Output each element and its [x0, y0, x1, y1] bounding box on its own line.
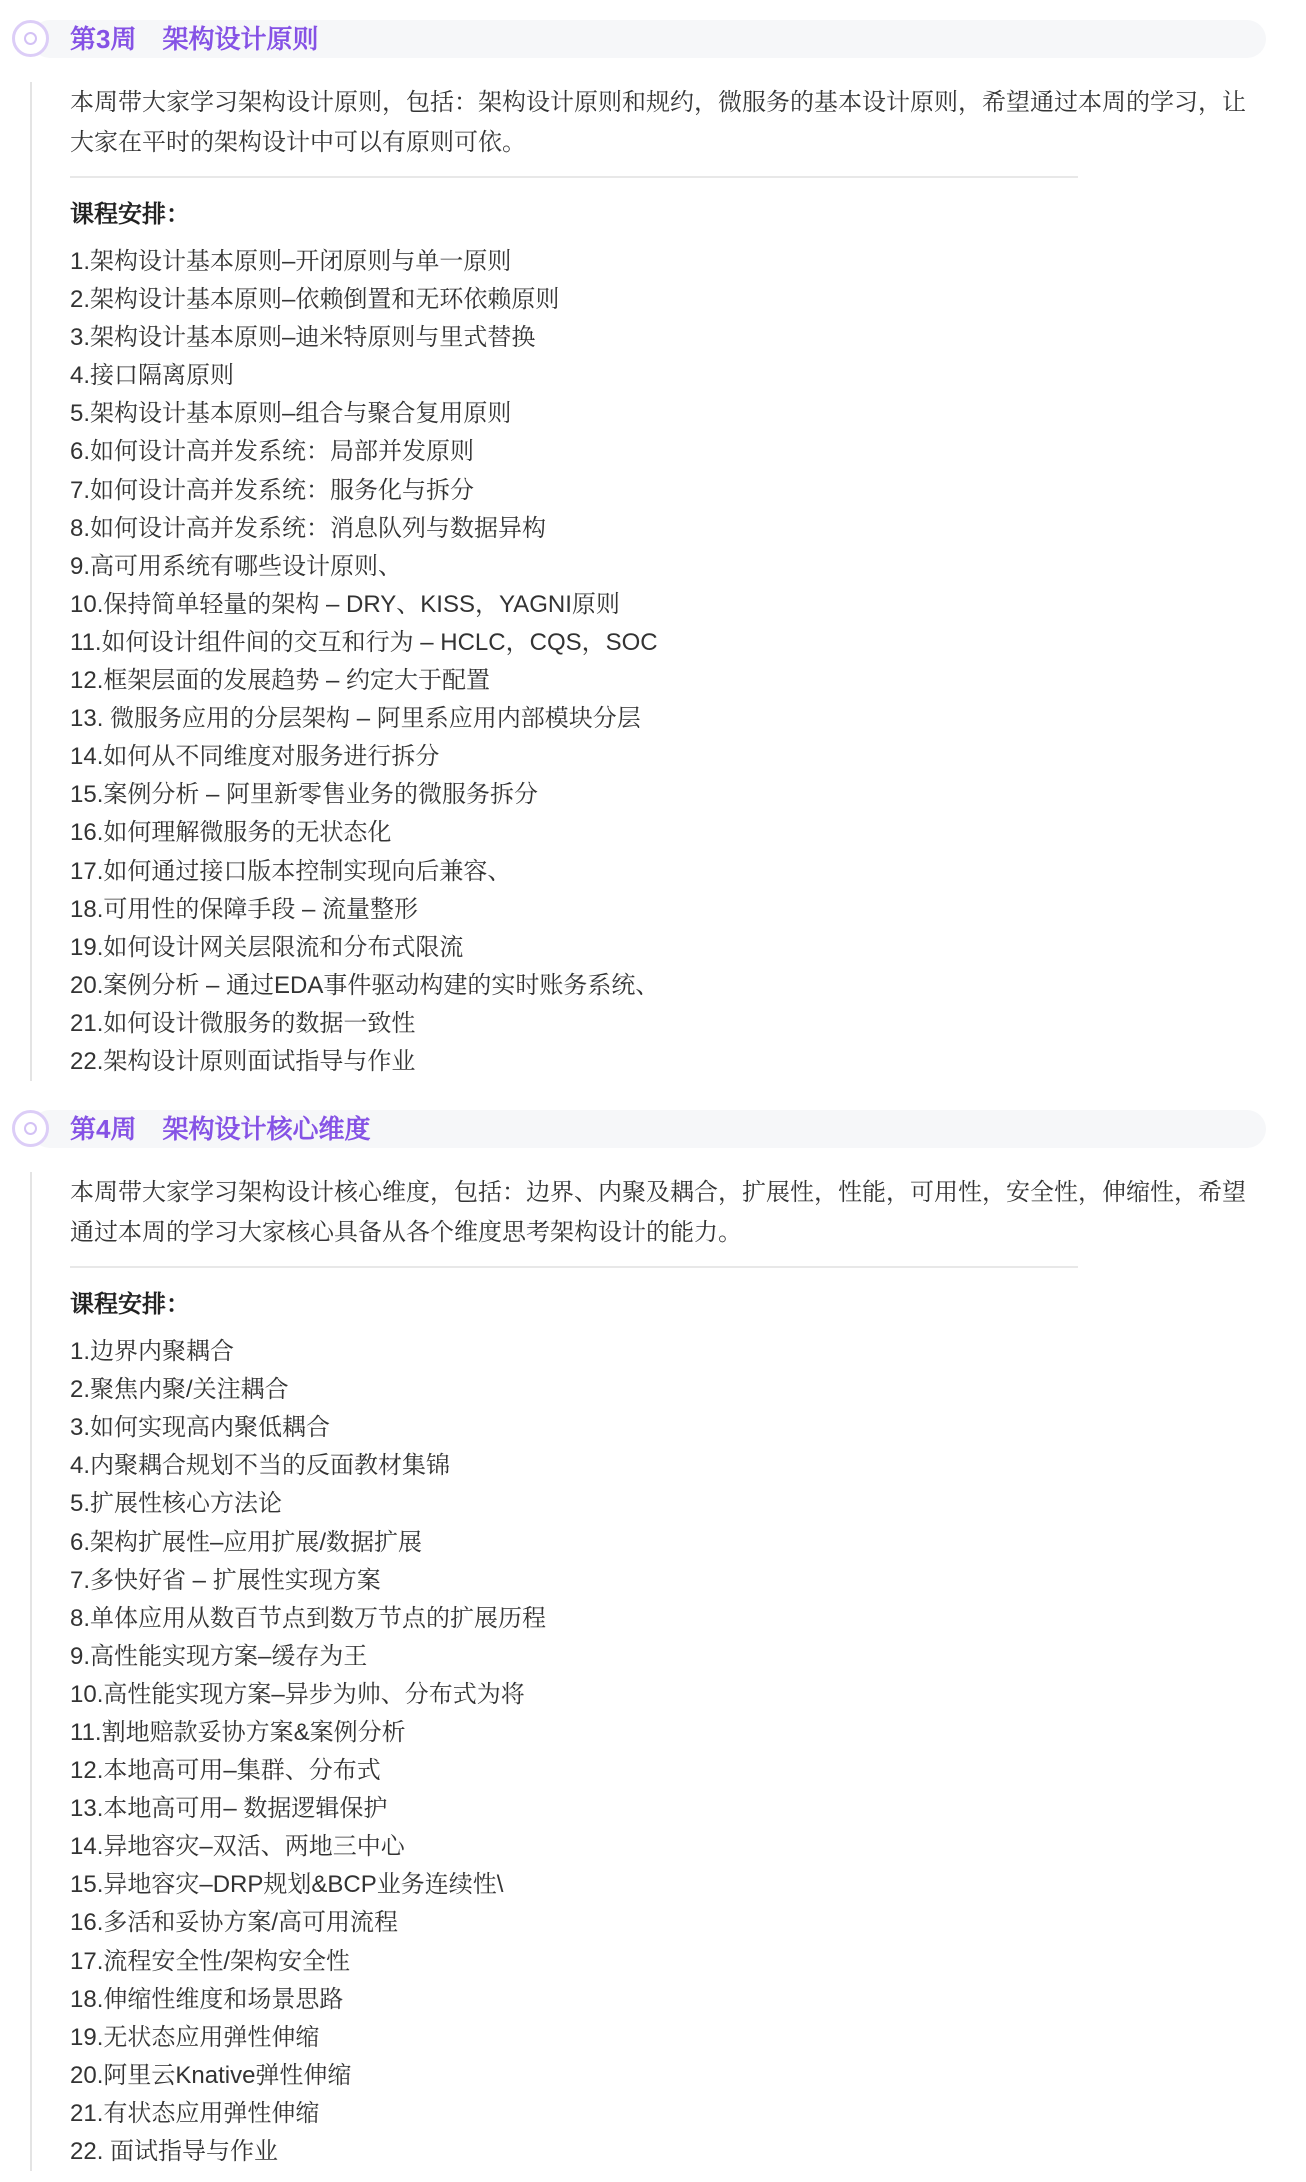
lesson-item: 17.如何通过接口版本控制实现向后兼容、 [70, 853, 1306, 891]
lesson-item: 10.保持简单轻量的架构 – DRY、KISS，YAGNI原则 [70, 586, 1306, 624]
lesson-item: 12.框架层面的发展趋势 – 约定大于配置 [70, 662, 1306, 700]
target-circle-icon [12, 1110, 49, 1147]
week-content: 本周带大家学习架构设计原则，包括：架构设计原则和规约，微服务的基本设计原则，希望… [30, 82, 1306, 1081]
week-section: 第3周架构设计原则 本周带大家学习架构设计原则，包括：架构设计原则和规约，微服务… [0, 20, 1306, 1081]
lesson-item: 15.案例分析 – 阿里新零售业务的微服务拆分 [70, 776, 1306, 814]
description-line: 本周带大家学习架构设计原则，包括：架构设计原则和规约，微服务的基本设计原则，希望… [70, 83, 1306, 123]
lesson-item: 6.架构扩展性–应用扩展/数据扩展 [70, 1524, 1306, 1562]
lesson-item: 9.高可用系统有哪些设计原则、 [70, 548, 1306, 586]
week-section: 第4周架构设计核心维度 本周带大家学习架构设计核心维度，包括：边界、内聚及耦合，… [0, 1110, 1306, 2171]
schedule-heading: 课程安排： [70, 1285, 1306, 1325]
lesson-item: 10.高性能实现方案–异步为帅、分布式为将 [70, 1676, 1306, 1714]
lesson-item: 11.如何设计组件间的交互和行为 – HCLC，CQS，SOC [70, 624, 1306, 662]
lesson-item: 18.伸缩性维度和场景思路 [70, 1981, 1306, 2019]
week-description: 本周带大家学习架构设计核心维度，包括：边界、内聚及耦合，扩展性，性能，可用性，安… [70, 1173, 1306, 1253]
lesson-item: 3.架构设计基本原则–迪米特原则与里式替换 [70, 319, 1306, 357]
lesson-item: 6.如何设计高并发系统：局部并发原则 [70, 433, 1306, 471]
lesson-item: 8.单体应用从数百节点到数万节点的扩展历程 [70, 1600, 1306, 1638]
week-topic: 架构设计核心维度 [162, 1114, 370, 1144]
lesson-item: 13. 微服务应用的分层架构 – 阿里系应用内部模块分层 [70, 700, 1306, 738]
week-label: 第4周 [70, 1114, 136, 1144]
description-line: 通过本周的学习大家核心具备从各个维度思考架构设计的能力。 [70, 1213, 1306, 1253]
lesson-item: 19.如何设计网关层限流和分布式限流 [70, 929, 1306, 967]
lesson-item: 22.架构设计原则面试指导与作业 [70, 1043, 1306, 1081]
week-header: 第4周架构设计核心维度 [0, 1110, 1306, 1148]
divider [70, 176, 1078, 178]
lesson-item: 22. 面试指导与作业 [70, 2133, 1306, 2171]
week-header: 第3周架构设计原则 [0, 20, 1306, 58]
lesson-item: 19.无状态应用弹性伸缩 [70, 2019, 1306, 2057]
lesson-item: 5.架构设计基本原则–组合与聚合复用原则 [70, 395, 1306, 433]
lesson-item: 14.异地容灾–双活、两地三中心 [70, 1828, 1306, 1866]
lesson-item: 7.多快好省 – 扩展性实现方案 [70, 1562, 1306, 1600]
lesson-item: 16.如何理解微服务的无状态化 [70, 814, 1306, 852]
lesson-list: 1.边界内聚耦合 2.聚焦内聚/关注耦合 3.如何实现高内聚低耦合 4.内聚耦合… [70, 1333, 1306, 2171]
lesson-item: 2.聚焦内聚/关注耦合 [70, 1371, 1306, 1409]
schedule-heading: 课程安排： [70, 195, 1306, 235]
description-line: 大家在平时的架构设计中可以有原则可依。 [70, 123, 1306, 163]
lesson-item: 21.有状态应用弹性伸缩 [70, 2095, 1306, 2133]
target-circle-icon [12, 20, 49, 57]
lesson-list: 1.架构设计基本原则–开闭原则与单一原则 2.架构设计基本原则–依赖倒置和无环依… [70, 243, 1306, 1081]
lesson-item: 12.本地高可用–集群、分布式 [70, 1752, 1306, 1790]
week-description: 本周带大家学习架构设计原则，包括：架构设计原则和规约，微服务的基本设计原则，希望… [70, 83, 1306, 163]
course-outline: 第3周架构设计原则 本周带大家学习架构设计原则，包括：架构设计原则和规约，微服务… [0, 0, 1306, 2171]
lesson-item: 13.本地高可用– 数据逻辑保护 [70, 1790, 1306, 1828]
lesson-item: 3.如何实现高内聚低耦合 [70, 1409, 1306, 1447]
lesson-item: 4.内聚耦合规划不当的反面教材集锦 [70, 1447, 1306, 1485]
week-content: 本周带大家学习架构设计核心维度，包括：边界、内聚及耦合，扩展性，性能，可用性，安… [30, 1172, 1306, 2171]
lesson-item: 11.割地赔款妥协方案&案例分析 [70, 1714, 1306, 1752]
lesson-item: 2.架构设计基本原则–依赖倒置和无环依赖原则 [70, 281, 1306, 319]
lesson-item: 1.边界内聚耦合 [70, 1333, 1306, 1371]
lesson-item: 20.案例分析 – 通过EDA事件驱动构建的实时账务系统、 [70, 967, 1306, 1005]
week-title: 第3周架构设计原则 [70, 20, 318, 58]
target-circle-inner-icon [24, 32, 37, 45]
week-label: 第3周 [70, 24, 136, 54]
lesson-item: 5.扩展性核心方法论 [70, 1485, 1306, 1523]
week-topic: 架构设计原则 [162, 24, 318, 54]
lesson-item: 9.高性能实现方案–缓存为王 [70, 1638, 1306, 1676]
lesson-item: 15.异地容灾–DRP规划&BCP业务连续性\ [70, 1866, 1306, 1904]
divider [70, 1266, 1078, 1268]
week-title: 第4周架构设计核心维度 [70, 1110, 370, 1148]
lesson-item: 18.可用性的保障手段 – 流量整形 [70, 891, 1306, 929]
description-line: 本周带大家学习架构设计核心维度，包括：边界、内聚及耦合，扩展性，性能，可用性，安… [70, 1173, 1306, 1213]
lesson-item: 20.阿里云Knative弹性伸缩 [70, 2057, 1306, 2095]
lesson-item: 16.多活和妥协方案/高可用流程 [70, 1904, 1306, 1942]
lesson-item: 14.如何从不同维度对服务进行拆分 [70, 738, 1306, 776]
lesson-item: 7.如何设计高并发系统：服务化与拆分 [70, 472, 1306, 510]
lesson-item: 17.流程安全性/架构安全性 [70, 1943, 1306, 1981]
lesson-item: 8.如何设计高并发系统：消息队列与数据异构 [70, 510, 1306, 548]
lesson-item: 4.接口隔离原则 [70, 357, 1306, 395]
lesson-item: 21.如何设计微服务的数据一致性 [70, 1005, 1306, 1043]
target-circle-inner-icon [24, 1122, 37, 1135]
lesson-item: 1.架构设计基本原则–开闭原则与单一原则 [70, 243, 1306, 281]
